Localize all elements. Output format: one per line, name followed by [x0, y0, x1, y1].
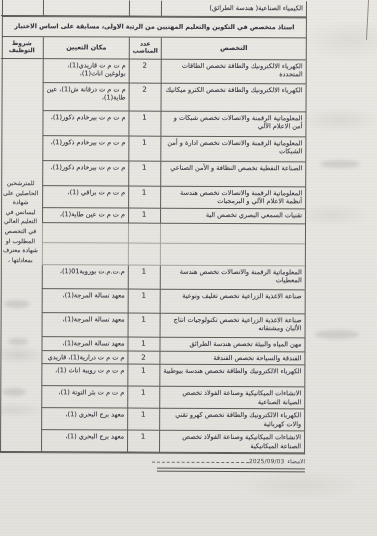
conditions-cell: [1, 0, 43, 16]
positions-cell: 1: [127, 338, 159, 352]
location-cell: م ت م ت عين طاية(1)،: [42, 208, 128, 223]
specialty-cell: صناعة الاغذية الزراعية تخصص تغليف وتوعية: [160, 290, 305, 315]
specialty-cell: المعلوماتية الرقمنة والاتصالات تخصص هندس…: [160, 187, 305, 210]
header-positions: عدد المناصب: [129, 38, 161, 60]
positions-cell: 1: [128, 162, 160, 187]
location-cell: معهد تسالة المرجة(1)،: [42, 313, 128, 337]
location-cell: م.ت.م.ت بوروبة01(1)،: [42, 265, 128, 289]
bottom-double-rule: [157, 468, 305, 473]
specialty-cell: الكهرباء الالكترونيك والطاقة تخصص الكترو…: [161, 84, 306, 113]
header-conditions: شروط التوظيف: [1, 37, 43, 59]
location-cell: معهد تسالة المرجة(1)،: [41, 337, 127, 351]
location-cell: م ت م ت بيرخادم ذكور(1)،: [42, 111, 128, 136]
location-cell: م ت م ت رويبة اناث (1)،: [41, 364, 127, 386]
specialty-cell: تقنيات السمعي البصري تخصص الية: [160, 209, 305, 225]
table-header-row: التخصص عدد المناصب مكان التعيين شروط الت…: [2, 36, 307, 60]
positions-cell: 1: [128, 112, 160, 137]
specialty-cell: المعلوماتية الرقمنة والاتصالات تخصص هندس…: [160, 266, 305, 291]
footer: الامضاء 2025/09/03: [0, 458, 305, 465]
positions-cell: 1: [128, 314, 160, 338]
specialty-cell: الكهرباء الالكترونيك والطاقة تخصص كهرو ت…: [159, 409, 304, 432]
positions-cell: [128, 224, 160, 244]
bleedthrough-smudge: [320, 160, 360, 168]
specialty-cell: المعلوماتية الرقمنة والاتصالات تخصص شبكا…: [160, 112, 305, 138]
signature-line: [152, 462, 249, 463]
positions-cell: 1: [128, 137, 160, 162]
footer-date: 2025/09/03: [249, 459, 284, 465]
page-edge-line: [366, 0, 369, 40]
location-cell: معهد برج البحري (1)،: [41, 408, 127, 430]
header-specialty: التخصص: [161, 38, 306, 61]
specialty-cell: الكيمياء الصناعية( هندسة الطرائق): [161, 1, 306, 18]
positions-cell: 1: [128, 290, 160, 314]
positions-cell: [129, 1, 161, 17]
location-cell: [43, 0, 129, 16]
specialty-cell: المعلوماتية الرقمنة والاتصالات تخصص ادار…: [160, 137, 305, 163]
positions-cell: 1: [127, 387, 159, 409]
location-cell: [42, 243, 128, 265]
location-cell: [42, 223, 128, 243]
partial-top-row: الكيمياء الصناعية( هندسة الطرائق): [2, 0, 307, 17]
table-body: للمترشحين الحاصلين على شهادة ليسانس في ا…: [0, 59, 307, 454]
announcement-table: الكيمياء الصناعية( هندسة الطرائق) استاذ …: [0, 0, 307, 472]
positions-cell: 1: [128, 266, 160, 290]
location-cell: م ت م ت بيرخادم ذكور(1)،: [42, 136, 128, 161]
specialty-cell: [160, 244, 305, 267]
location-cell: معهد تسالة المرجة(1)،: [42, 289, 128, 313]
location-cell: م ت م ت بيرخادم ذكور(1)،: [42, 161, 128, 186]
header-location: مكان التعيين: [43, 37, 129, 59]
location-cell: م ت م ت بئر التوتة (1)،: [41, 386, 127, 408]
specialty-cell: الانشاءات الميكانيكية وصناعة الفولاذ تخص…: [159, 431, 304, 454]
positions-cell: 1: [128, 209, 160, 224]
positions-cell: 2: [129, 60, 161, 84]
specialty-cell: الكهرباء الالكترونيك والطاقة تخصص الطاقا…: [161, 60, 306, 85]
specialty-cell: الفندقة والسياحة تخصص الفندقة: [159, 352, 304, 366]
positions-cell: 1: [127, 365, 159, 387]
location-cell: م ت م ت درقانة ش(1)، عين طاية(1)،: [43, 83, 129, 111]
signature-label: الامضاء: [287, 459, 305, 465]
job-title-band: استاذ متخصص في التكوين والتعليم المهنيين…: [2, 16, 307, 37]
specialty-cell: الصناعة النفطية تخصص النظافة و الأمن الص…: [160, 162, 305, 188]
location-cell: م ت م ت درارية(1)، قاريدي: [41, 351, 127, 364]
specialty-cell: [160, 224, 305, 245]
location-cell: م ت م ت براقي (1)،: [42, 186, 128, 208]
positions-cell: 1: [127, 431, 159, 453]
positions-cell: 1: [128, 187, 160, 209]
positions-cell: 2: [127, 352, 159, 365]
specialty-cell: مهن المياه والبيئة تخصص هندسة الطرائق: [159, 338, 304, 353]
location-cell: م ت م ت قاريدي(1)، بولوغين اناث(1)،: [43, 59, 129, 83]
positions-cell: [128, 244, 160, 266]
scanned-page: الكيمياء الصناعية( هندسة الطرائق) استاذ …: [0, 0, 377, 536]
specialty-cell: الانشاءات الميكانيكية وصناعة الفولاذ تخص…: [159, 387, 304, 410]
positions-cell: 2: [129, 84, 161, 112]
conditions-merged-cell: للمترشحين الحاصلين على شهادة ليسانس في ا…: [0, 59, 43, 452]
positions-cell: 1: [127, 409, 159, 431]
bleedthrough-smudge: [315, 330, 359, 339]
specialty-cell: الكهرباء الالكترونيك والطاقة تخصص هندسة …: [159, 365, 304, 388]
location-cell: معهد برج البحري (1)،: [41, 430, 127, 452]
specialty-cell: صناعة الاغذية الزراعية تخصص تكنولوجيات ا…: [160, 314, 305, 339]
